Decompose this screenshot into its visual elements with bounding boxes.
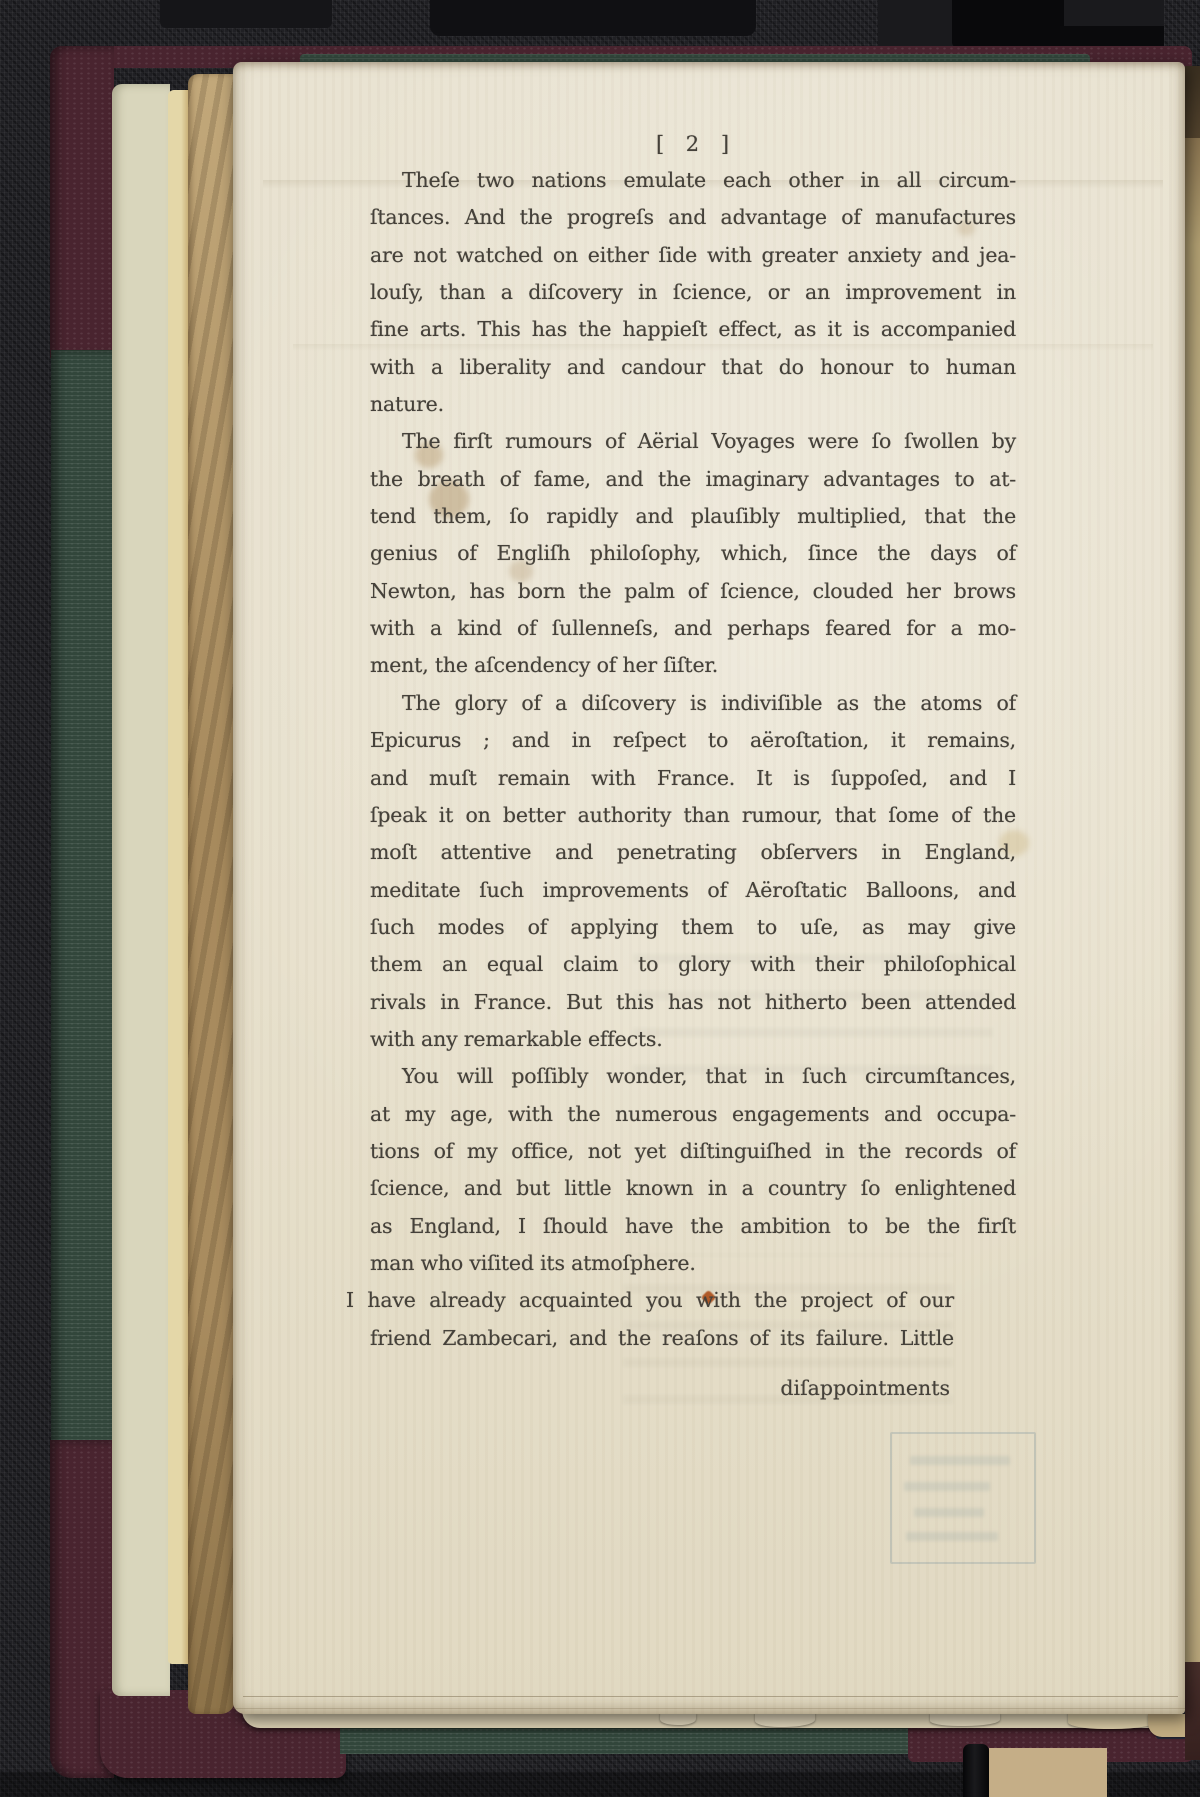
cradle-clamp-left bbox=[160, 0, 332, 28]
text-line: The firſt rumours of Aërial Voyages were… bbox=[370, 423, 1016, 460]
page-tatter bbox=[755, 1712, 815, 1727]
endpaper-edge bbox=[112, 84, 170, 1696]
text-line: Theſe two nations emulate each other in … bbox=[370, 162, 1016, 199]
text-line: Newton, has born the palm of ſcience, cl… bbox=[370, 573, 1016, 610]
table-surface-patch bbox=[989, 1748, 1107, 1797]
stamp-line bbox=[904, 1482, 990, 1491]
stamp-line bbox=[914, 1508, 984, 1517]
page-crease bbox=[243, 1696, 1178, 1697]
cradle-rod bbox=[963, 1744, 989, 1797]
text-line: with a liberality and candour that do ho… bbox=[370, 349, 1016, 386]
catchword: diſappointments bbox=[370, 1370, 1016, 1407]
text-line: You will poſſibly wonder, that in ſuch c… bbox=[370, 1058, 1016, 1095]
text-line: man who viſited its atmoſphere. bbox=[370, 1245, 1016, 1282]
text-line: rivals in France. But this has not hithe… bbox=[370, 984, 1016, 1021]
text-line: ſcience, and but little known in a count… bbox=[370, 1170, 1016, 1207]
text-line: ment, the aſcendency of her ſiſter. bbox=[370, 647, 1016, 684]
stamp-line bbox=[910, 1456, 1010, 1465]
text-line: friend Zambecari, and the reaſons of its… bbox=[370, 1320, 954, 1357]
text-line: them an equal claim to glory with their … bbox=[370, 946, 1016, 983]
text-line: ſuch modes of applying them to uſe, as m… bbox=[370, 909, 1016, 946]
cover-corner-top-left bbox=[50, 46, 114, 358]
body-text: Theſe two nations emulate each other in … bbox=[370, 162, 1016, 1357]
page-crease bbox=[233, 1708, 1185, 1709]
photo-backdrop: [ 2 ] Theſe two nations emulate each oth… bbox=[0, 0, 1200, 1797]
cover-cloth-side bbox=[51, 350, 113, 1448]
text-line: tions of my office, not yet diſtinguiſhe… bbox=[370, 1133, 1016, 1170]
text-line: are not watched on either ſide with grea… bbox=[370, 237, 1016, 274]
fore-edge-top bbox=[1185, 66, 1200, 142]
page-tatter bbox=[1068, 1712, 1158, 1729]
gilt-page-edge bbox=[168, 90, 190, 1664]
fore-edge-pages bbox=[1185, 138, 1200, 1666]
text-line: as England, I ſhould have the ambition t… bbox=[370, 1208, 1016, 1245]
text-line: with a kind of ſullenneſs, and perhaps f… bbox=[370, 610, 1016, 647]
cover-cloth-bottom-edge bbox=[340, 1724, 916, 1754]
text-line: ſpeak it on better authority than rumour… bbox=[370, 797, 1016, 834]
fore-edge-bottom bbox=[1185, 1662, 1200, 1760]
text-line: and muſt remain with France. It is ſuppo… bbox=[370, 760, 1016, 797]
text-line: louſy, than a diſcovery in ſcience, or a… bbox=[370, 274, 1016, 311]
page-number: [ 2 ] bbox=[370, 132, 1016, 156]
text-line: the breath of fame, and the imaginary ad… bbox=[370, 461, 1016, 498]
text-line: meditate ſuch improvements of Aëroſtatic… bbox=[370, 872, 1016, 909]
page-tatter bbox=[930, 1713, 1000, 1726]
cradle-clamp-center bbox=[430, 0, 756, 36]
text-line: fine arts. This has the happieſt effect,… bbox=[370, 311, 1016, 348]
text-line: nature. bbox=[370, 386, 1016, 423]
stamp-line bbox=[906, 1532, 998, 1541]
worn-leaf-edge bbox=[188, 74, 235, 1714]
text-line: Epicurus ; and in reſpect to aëroſtation… bbox=[370, 722, 1016, 759]
cradle-clamp-right bbox=[952, 0, 1064, 48]
text-line: moſt attentive and penetrating obſervers… bbox=[370, 834, 1016, 871]
text-line: tend them, ſo rapidly and plauſibly mult… bbox=[370, 498, 1016, 535]
text-line: ſtances. And the progreſs and advantage … bbox=[370, 199, 1016, 236]
text-line: with any remarkable effects. bbox=[370, 1021, 1016, 1058]
book-page: [ 2 ] Theſe two nations emulate each oth… bbox=[233, 62, 1185, 1714]
text-line: I have already acquainted you with the p… bbox=[370, 1282, 954, 1319]
text-line: genius of Engliſh philoſophy, which, ſin… bbox=[370, 535, 1016, 572]
stamp-showthrough bbox=[890, 1432, 1036, 1564]
text-line: at my age, with the numerous engagements… bbox=[370, 1096, 1016, 1133]
text-line: The glory of a diſcovery is indiviſible … bbox=[370, 685, 1016, 722]
